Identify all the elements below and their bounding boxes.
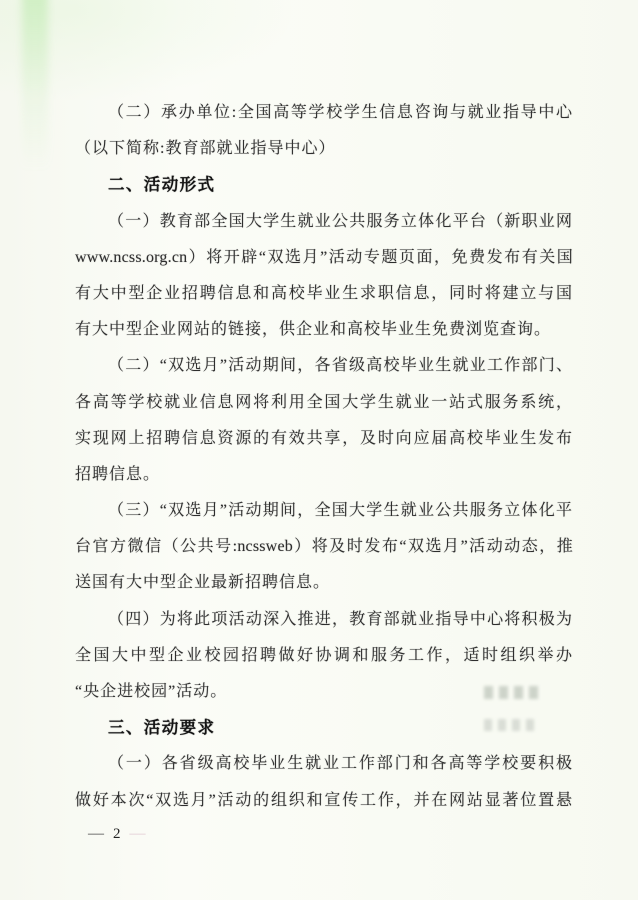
footer-dash-left: — (88, 825, 104, 842)
text-line-item4-a: （四）为将此项活动深入推进，教育部就业指导中心将积极为 (75, 602, 573, 638)
text-line-abbreviation: （以下简称:教育部就业指导中心） (75, 131, 573, 167)
page-footer: —2— (88, 822, 146, 846)
bleed-through-artifact-1 (484, 686, 542, 699)
scanned-document-page: （二）承办单位:全国高等学校学生信息咨询与就业指导中心 （以下简称:教育部就业指… (0, 0, 638, 900)
text-line-item1-d: 有大中型企业网站的链接，供企业和高校毕业生免费浏览查询。 (75, 312, 573, 348)
text-line-item4-b: 全国大中型企业校园招聘做好协调和服务工作，适时组织举办 (75, 638, 573, 674)
text-line-item1-a: （一）教育部全国大学生就业公共服务立体化平台（新职业网 (75, 204, 573, 240)
text-line-item2-a: （二）“双选月”活动期间，各省级高校毕业生就业工作部门、 (75, 348, 573, 384)
text-line-item3-a: （三）“双选月”活动期间，全国大学生就业公共服务立体化平 (75, 493, 573, 529)
scan-streak-artifact (22, 0, 48, 170)
footer-dash-right: — (130, 825, 146, 842)
page-number: 2 (113, 826, 121, 842)
text-line-item3-b: 台官方微信（公共号:ncssweb）将及时发布“双选月”活动动态，推 (75, 529, 573, 565)
text-line-req1-a: （一）各省级高校毕业生就业工作部门和各高等学校要积极 (75, 746, 573, 782)
text-line-item3-c: 送国有大中型企业最新招聘信息。 (75, 565, 573, 601)
text-line-item2-b: 各高等学校就业信息网将利用全国大学生就业一站式服务系统， (75, 385, 573, 421)
document-body: （二）承办单位:全国高等学校学生信息咨询与就业指导中心 （以下简称:教育部就业指… (75, 95, 573, 819)
text-line-organizer: （二）承办单位:全国高等学校学生信息咨询与就业指导中心 (75, 95, 573, 131)
section-heading-activity-format: 二、活动形式 (75, 167, 573, 203)
text-line-item1-c: 有大中型企业招聘信息和高校毕业生求职信息，同时将建立与国 (75, 276, 573, 312)
text-line-item2-d: 招聘信息。 (75, 457, 573, 493)
text-line-item2-c: 实现网上招聘信息资源的有效共享，及时向应届高校毕业生发布 (75, 421, 573, 457)
text-line-req1-b: 做好本次“双选月”活动的组织和宣传工作，并在网站显著位置悬 (75, 783, 573, 819)
text-line-item1-b: www.ncss.org.cn）将开辟“双选月”活动专题页面，免费发布有关国 (75, 240, 573, 276)
bleed-through-artifact-2 (484, 719, 534, 731)
